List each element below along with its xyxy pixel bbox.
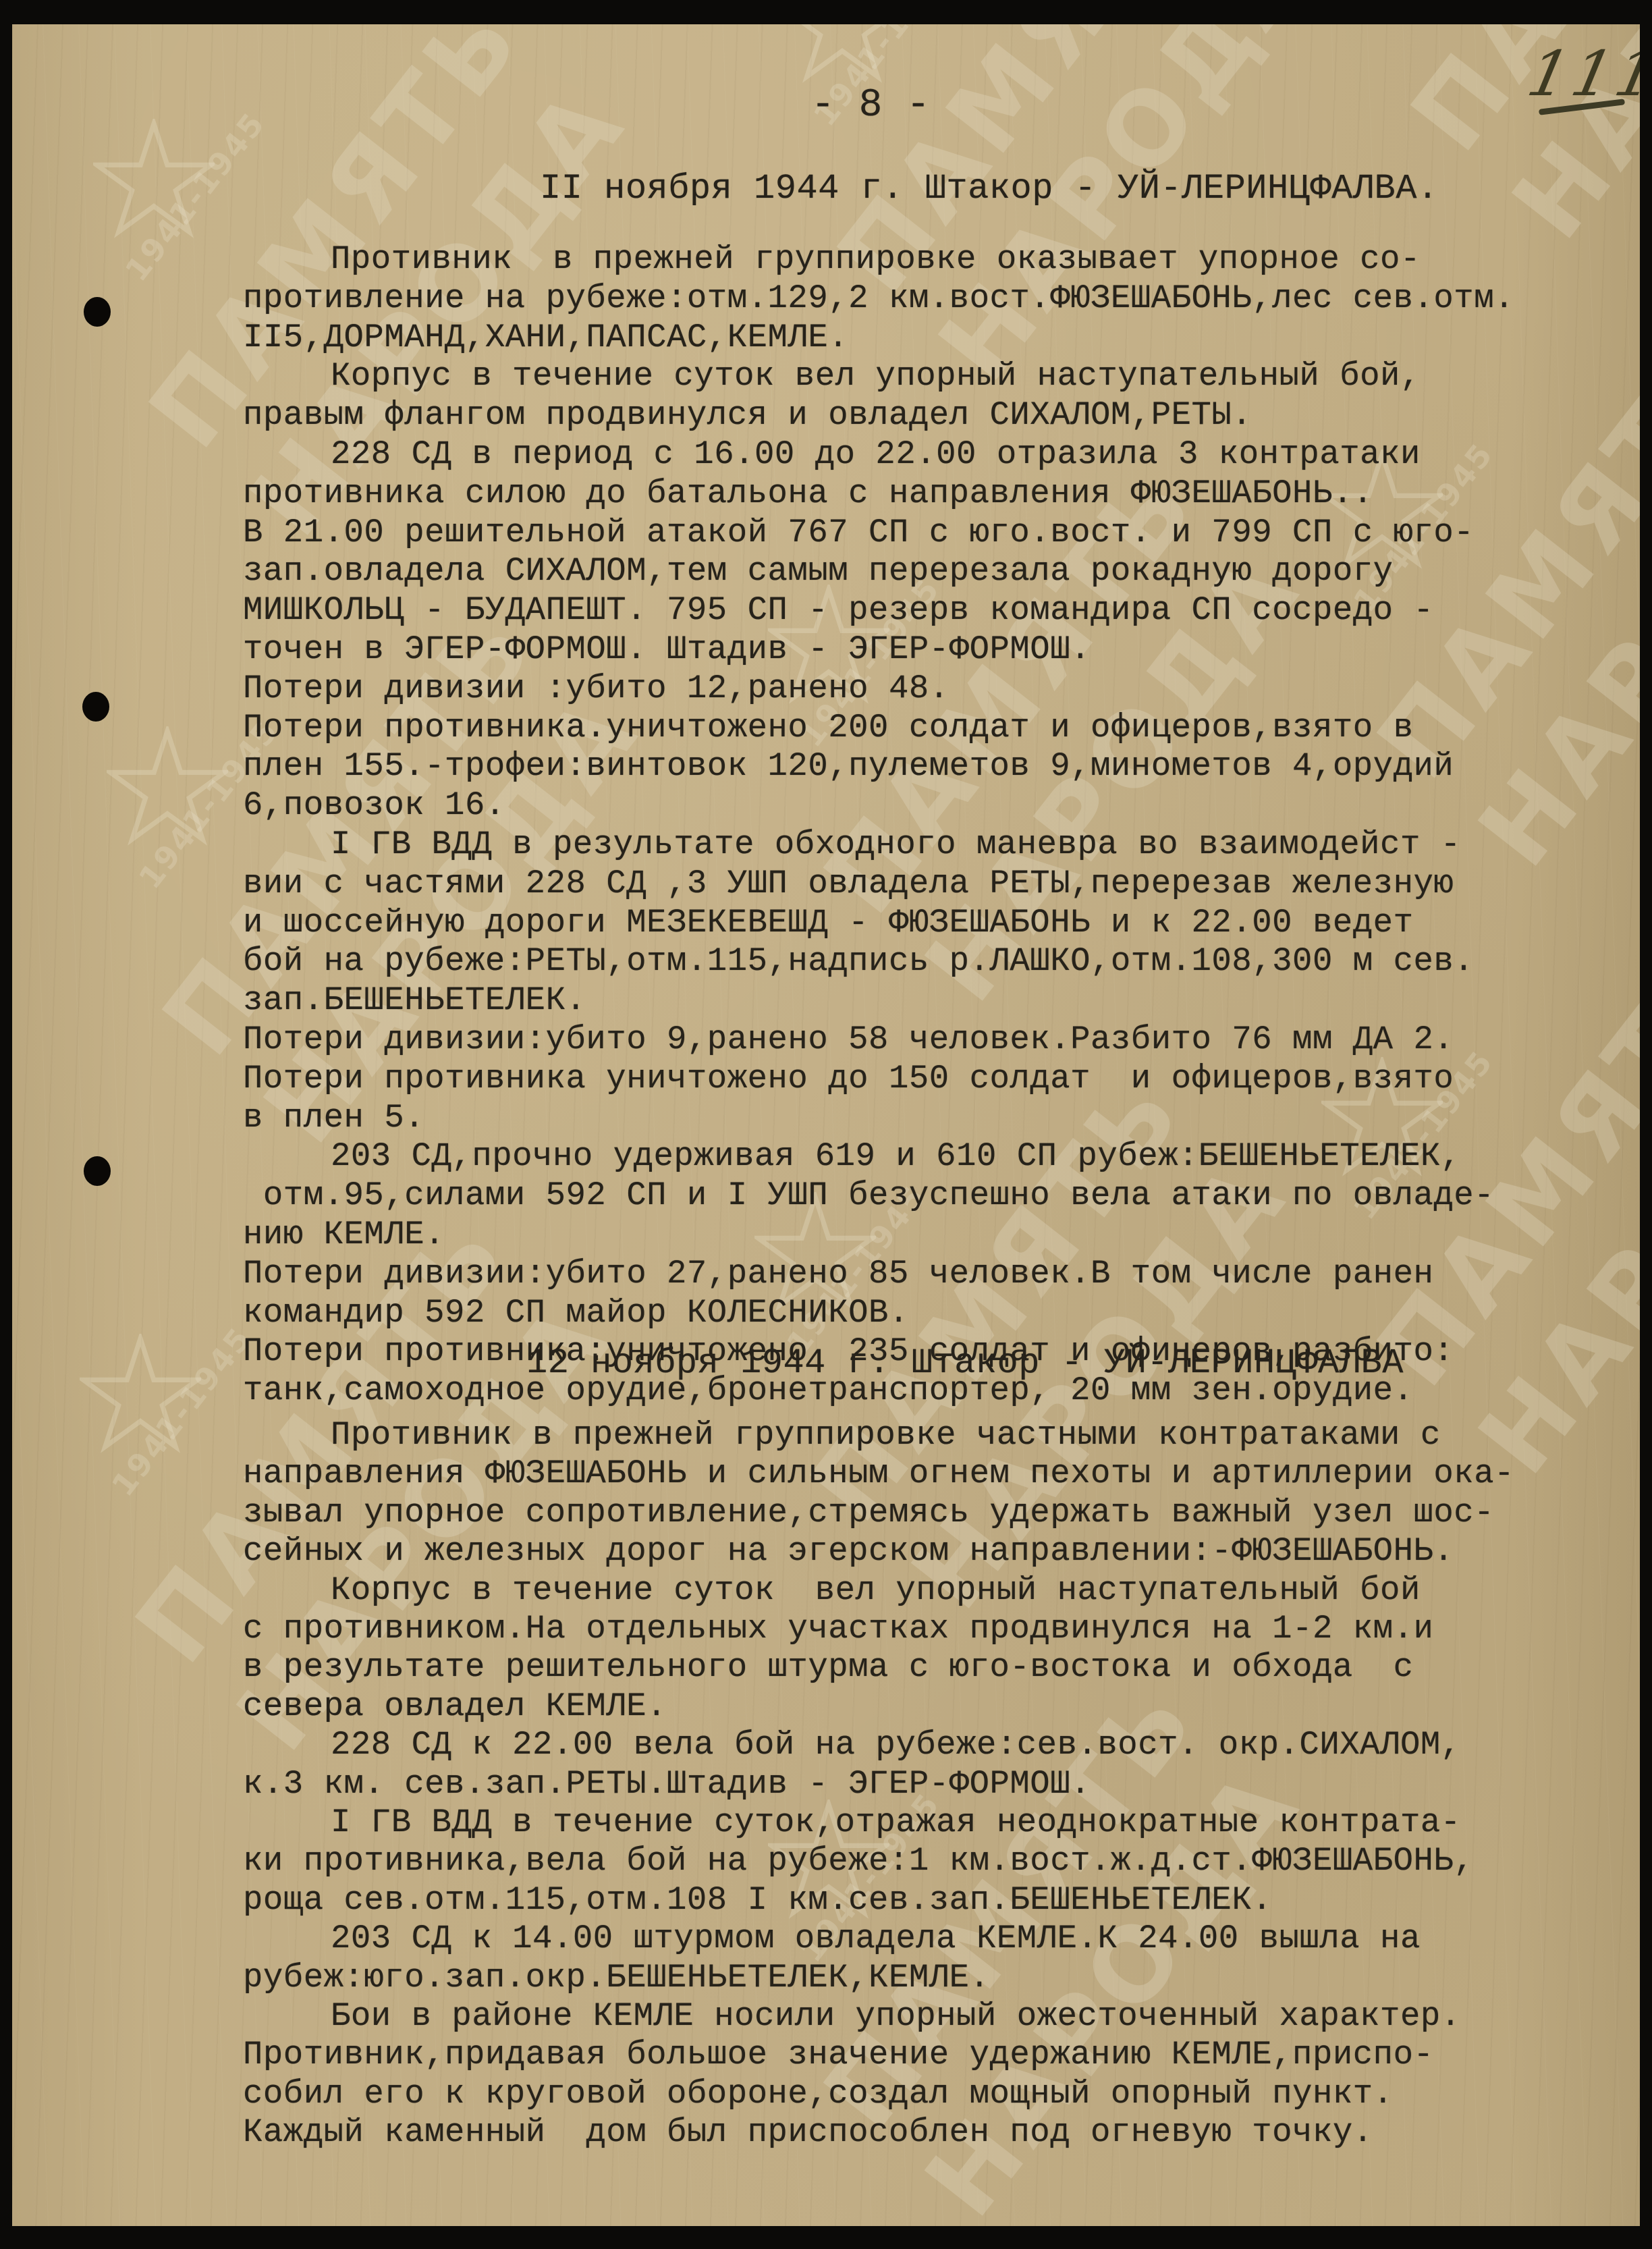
text-line: В 21.00 решительной атакой 767 СП с юго.… (243, 516, 1474, 549)
watermark-star-icon (93, 119, 215, 240)
text-line: роща сев.отм.115,отм.108 I км.сев.зап.БЕ… (243, 1884, 1272, 1917)
text-line: 6,повозок 16. (243, 789, 505, 822)
text-line: 203 СД,прочно удерживая 619 и 610 СП руб… (243, 1140, 1461, 1173)
text-line: командир 592 СП майор КОЛЕСНИКОВ. (243, 1297, 909, 1330)
text-line: вии с частями 228 СД ,3 УШП овладела РЕТ… (243, 867, 1454, 900)
text-line: рубеж:юго.зап.окр.БЕШЕНЬЕТЕЛЕК,КЕМЛЕ. (243, 1961, 989, 1995)
text-line: Потери дивизии:убито 27,ранено 85 челове… (243, 1257, 1433, 1291)
text-line: нию КЕМЛЕ. (243, 1218, 445, 1251)
text-line: противника силою до батальона с направле… (243, 477, 1373, 510)
text-line: направления ФЮЗЕШАБОНЬ и сильным огнем п… (243, 1457, 1514, 1490)
text-line: правым флангом продвинулся и овладел СИХ… (243, 399, 1252, 432)
watermark-star-icon (80, 1334, 201, 1455)
text-line: Противник в прежней группировке частными… (243, 1419, 1441, 1452)
watermark-years: 1941-1945 (107, 1322, 256, 1501)
text-line: в результате решительного штурма с юго-в… (243, 1651, 1413, 1684)
text-line: в плен 5. (243, 1102, 424, 1135)
text-line: отм.95,силами 592 СП и I УШП безуспешно … (243, 1179, 1494, 1212)
text-line: Каждый каменный дом был приспособлен под… (243, 2116, 1373, 2149)
text-line: I ГВ ВДД в результате обходного маневра … (243, 828, 1461, 861)
text-line: точен в ЭГЕР-ФОРМОШ. Штадив - ЭГЕР-ФОРМО… (243, 633, 1091, 666)
text-line: II5,ДОРМАНД,ХАНИ,ПАПСАС,КЕМЛЕ. (243, 321, 848, 354)
text-line: и шоссейную дороги МЕЗЕКЕВЕШД - ФЮЗЕШАБО… (243, 906, 1413, 940)
text-line: зап.БЕШЕНЬЕТЕЛЕК. (243, 984, 586, 1017)
text-line: 203 СД к 14.00 штурмом овладела КЕМЛЕ.К … (243, 1922, 1421, 1955)
watermark-star-icon (781, 24, 903, 85)
punch-hole (84, 1156, 111, 1186)
punch-hole (84, 297, 111, 327)
text-line: Потери противника.уничтожено 200 солдат … (243, 711, 1413, 744)
text-line: Бои в районе КЕМЛЕ носили упорный ожесто… (243, 2000, 1461, 2033)
watermark-text: НАРОДА (923, 24, 1331, 397)
text-line: МИШКОЛЬЦ - БУДАПЕШТ. 795 СП - резерв ком… (243, 594, 1433, 627)
text-line: Противник в прежней группировке оказывае… (243, 243, 1421, 276)
watermark-text: НАРОДА (1463, 401, 1640, 883)
text-line: Корпус в течение суток вел упорный насту… (243, 360, 1421, 393)
text-line: I ГВ ВДД в течение суток,отражая неоднок… (243, 1806, 1461, 1839)
text-line: бой на рубеже:РЕТЫ,отм.115,надпись р.ЛАШ… (243, 945, 1474, 978)
text-line: к.3 км. сев.зап.РЕТЫ.Штадив - ЭГЕР-ФОРМО… (243, 1768, 1091, 1801)
text-line: с противником.На отдельных участках прод… (243, 1613, 1433, 1646)
text-line: севера овладел КЕМЛЕ. (243, 1690, 667, 1723)
page-number: - 8 - (811, 86, 931, 126)
text-line: Потери дивизии :убито 12,ранено 48. (243, 672, 949, 705)
section-heading: 12 ноября 1944 г. Штакор - УЙ-ЛЕРИНЦФАЛВ… (526, 1346, 1404, 1381)
section-heading: II ноября 1944 г. Штакор - УЙ-ЛЕРИНЦФАЛВ… (540, 171, 1439, 207)
watermark-star-icon (107, 726, 228, 848)
text-line: Противник,придавая большое значение удер… (243, 2038, 1433, 2071)
text-line: противление на рубеже:отм.129,2 км.вост.… (243, 282, 1514, 315)
text-line: собил его к круговой обороне,создал мощн… (243, 2078, 1394, 2111)
text-line: Корпус в течение суток вел упорный насту… (243, 1574, 1421, 1607)
text-line: сейных и железных дорог на эгерском напр… (243, 1535, 1454, 1568)
text-line: 228 СД в период с 16.00 до 22.00 отразил… (243, 438, 1421, 471)
document-page: ПАМЯТЬНАРОДА1941-1945ПАМЯТЬНАРОДА1941-19… (12, 24, 1640, 2226)
text-line: 228 СД к 22.00 вела бой на рубеже:сев.во… (243, 1729, 1461, 1762)
text-line: зывал упорное сопротивление,стремясь уде… (243, 1496, 1494, 1529)
watermark-text: НАРОДА (1463, 1008, 1640, 1490)
text-line: Потери противника уничтожено до 150 солд… (243, 1062, 1454, 1095)
text-line: ки противника,вела бой на рубеже:1 км.во… (243, 1845, 1474, 1878)
punch-hole (82, 692, 109, 722)
text-line: зап.овладела СИХАЛОМ,тем самым перерезал… (243, 555, 1394, 588)
text-line: Потери дивизии:убито 9,ранено 58 человек… (243, 1023, 1454, 1056)
text-line: плен 155.-трофеи:винтовок 120,пулеметов … (243, 750, 1454, 783)
